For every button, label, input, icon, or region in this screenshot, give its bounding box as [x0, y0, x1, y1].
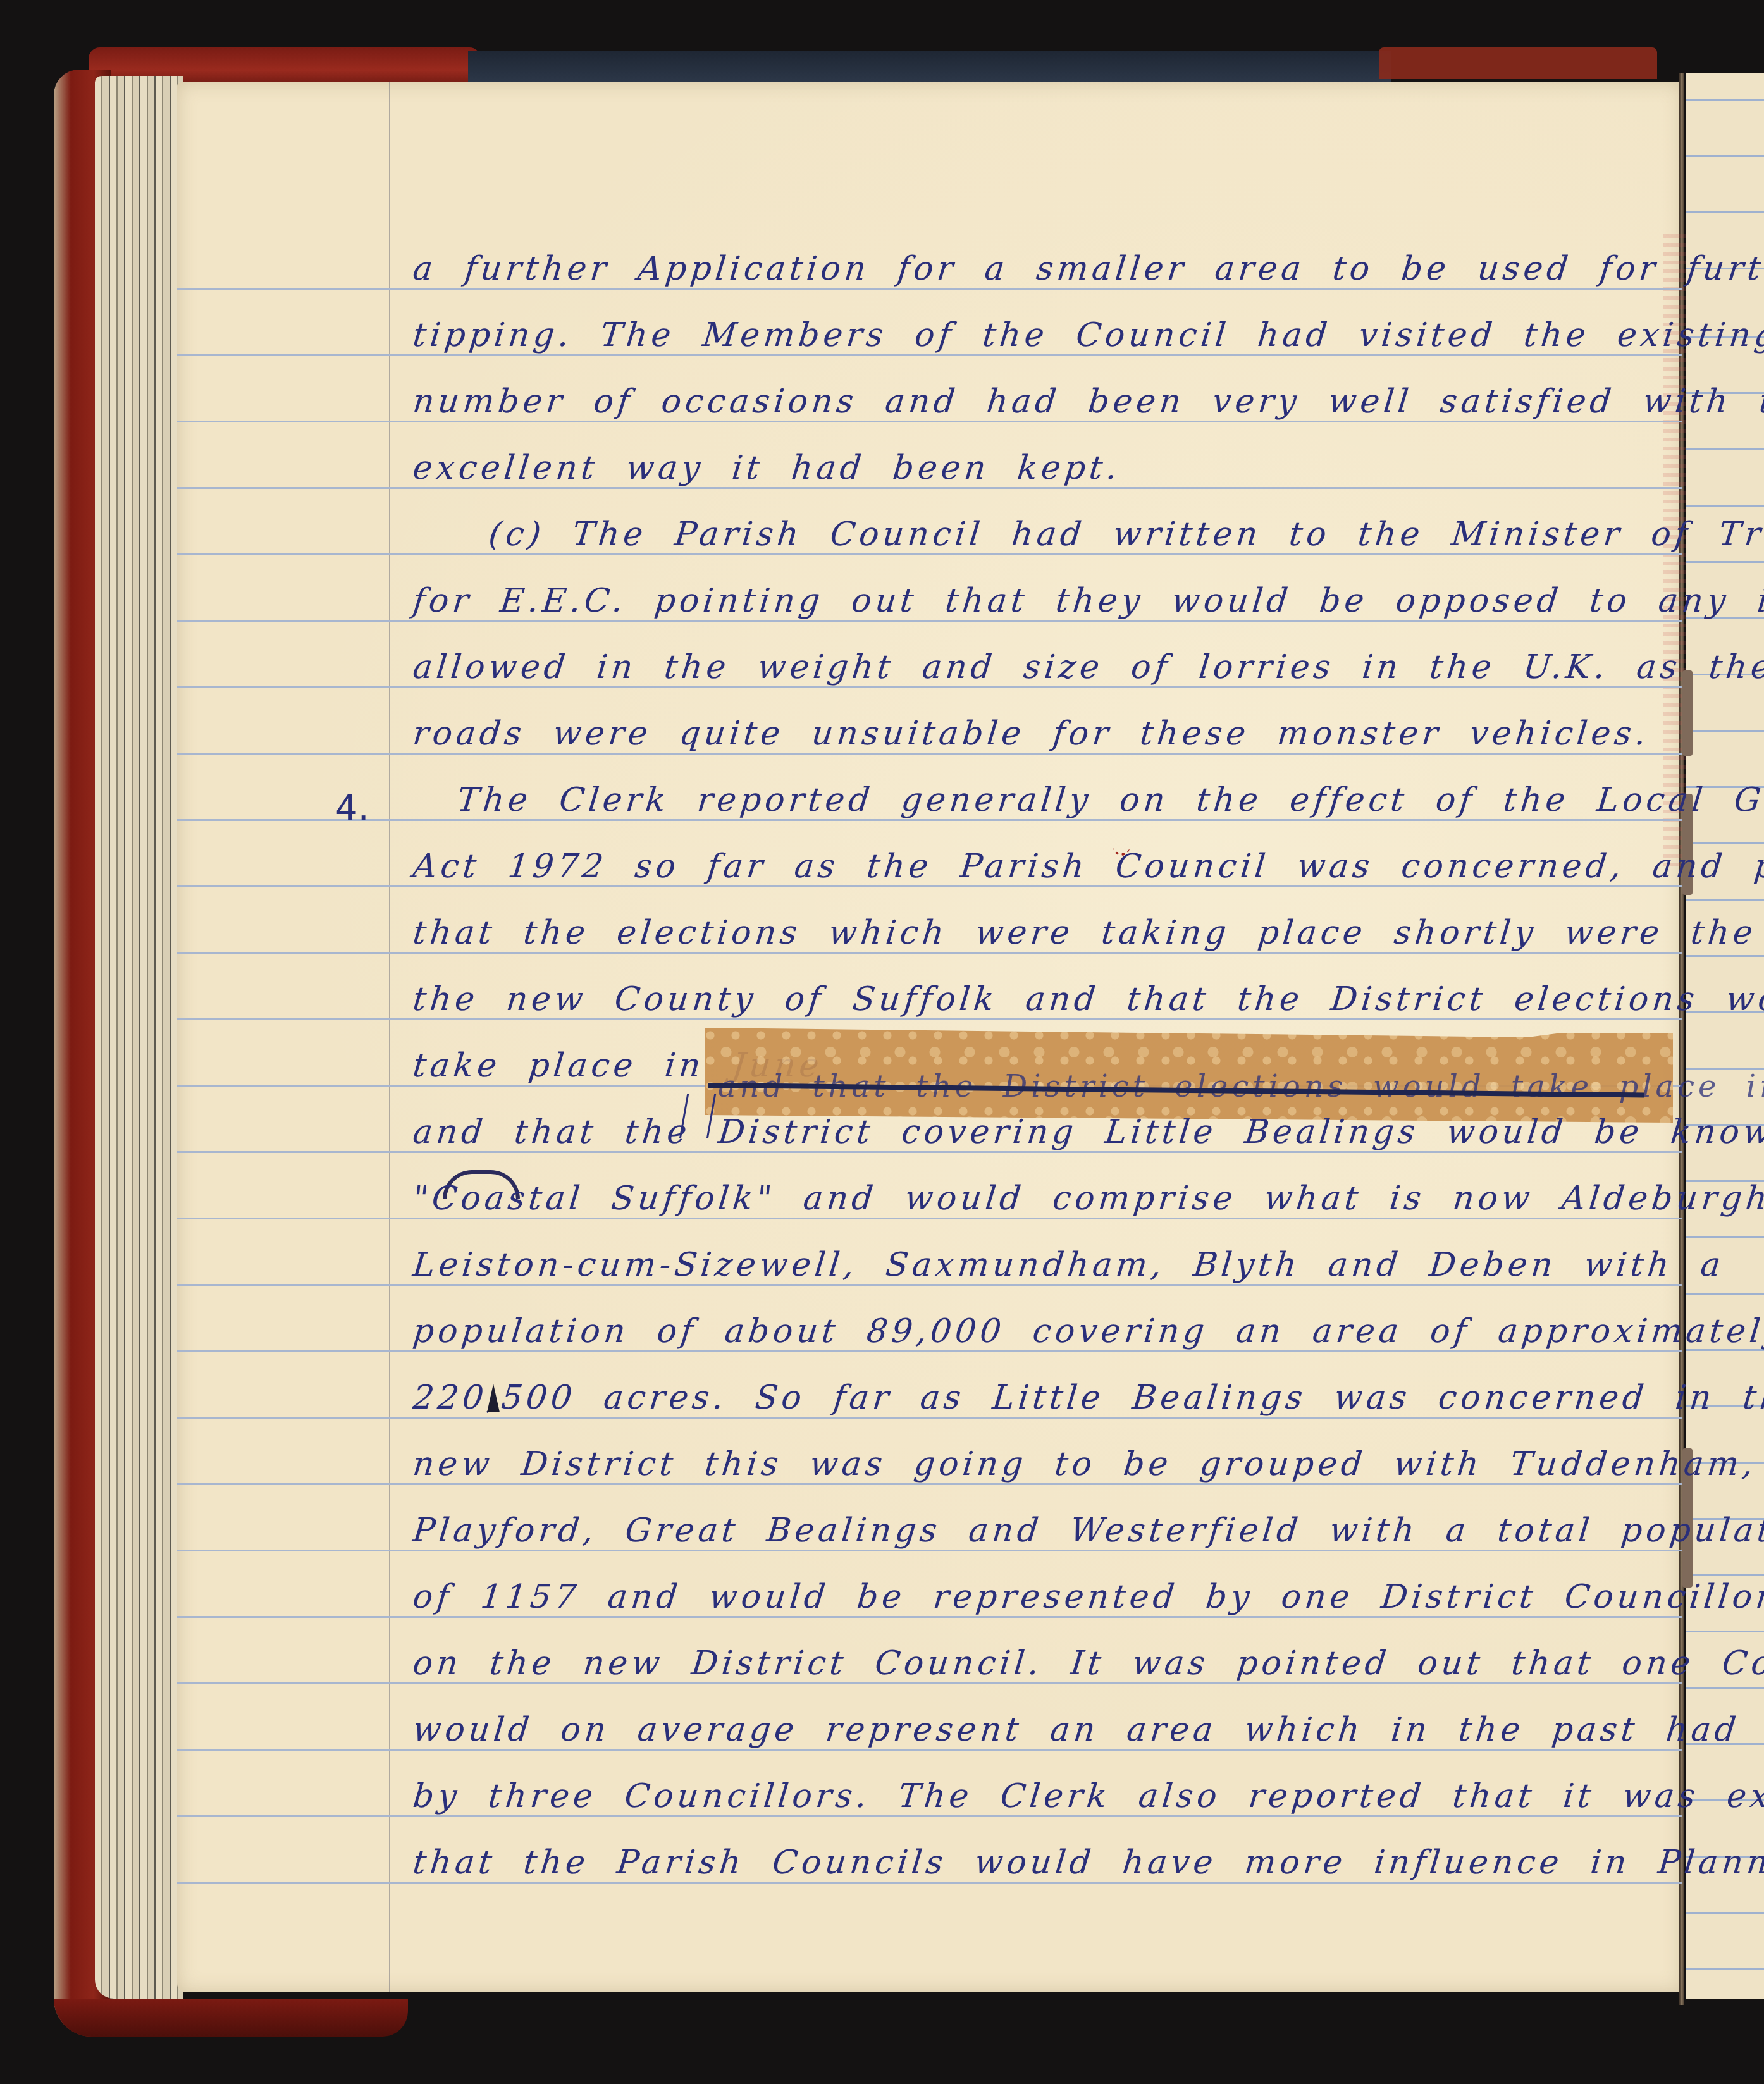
ruled-line [177, 354, 1682, 356]
handwritten-line: tipping. The Members of the Council had … [411, 316, 1667, 354]
handwritten-line: a further Application for a smaller area… [411, 250, 1667, 288]
page-margin-line [389, 82, 390, 1992]
handwritten-line: 220,500 acres. So far as Little Bealings… [411, 1379, 1667, 1417]
ruled-line [177, 1749, 1682, 1751]
ruled-line [177, 686, 1682, 688]
handwritten-line: Leiston-cum-Sizewell, Saxmundham, Blyth … [411, 1246, 1667, 1284]
handwritten-line: number of occasions and had been very we… [411, 383, 1667, 421]
handwritten-line: excellent way it had been kept. [411, 449, 1667, 487]
ruled-line [177, 1616, 1682, 1618]
handwritten-line: Playford, Great Bealings and Westerfield… [411, 1512, 1667, 1550]
cover-top-spine [468, 51, 1391, 82]
ruled-line [177, 421, 1682, 422]
ruled-line [177, 885, 1682, 887]
handwritten-line: the new County of Suffolk and that the D… [411, 980, 1667, 1018]
comma-insert-arrow-icon [487, 1384, 500, 1412]
cover-top-right-edge [1379, 47, 1657, 79]
ruled-line [177, 487, 1682, 489]
ruled-line [177, 620, 1682, 622]
cover-bottom-edge [54, 1999, 408, 2037]
ruled-line [177, 1284, 1682, 1286]
ruled-line [177, 1018, 1682, 1020]
ruled-line [177, 288, 1682, 290]
ruled-line [177, 1151, 1682, 1153]
ruled-line [177, 952, 1682, 954]
ruled-line [177, 1417, 1682, 1419]
ruled-line [177, 1218, 1682, 1219]
ruled-line [177, 819, 1682, 821]
handwritten-line: "Coastal Suffolk" and would comprise wha… [411, 1180, 1667, 1218]
ruled-line [177, 753, 1682, 755]
handwritten-line: for E.E.C. pointing out that they would … [411, 582, 1667, 620]
ruled-line [177, 1483, 1682, 1485]
handwritten-line: take place in June [411, 1047, 700, 1085]
page-stack-edges [95, 76, 183, 1999]
handwritten-line: and that the District covering Little Be… [411, 1113, 1667, 1151]
handwritten-line: allowed in the weight and size of lorrie… [411, 648, 1667, 686]
handwritten-line: new District this was going to be groupe… [411, 1445, 1667, 1483]
ruled-line [177, 553, 1682, 555]
ruled-line [177, 1350, 1682, 1352]
handwritten-line: The Clerk reported generally on the effe… [455, 781, 1712, 819]
handwritten-line: Act 1972 so far as the Parish Council wa… [411, 848, 1667, 885]
handwritten-line: on the new District Council. It was poin… [411, 1644, 1667, 1682]
handwritten-line: by three Councillors. The Clerk also rep… [411, 1777, 1667, 1815]
ruled-line [177, 1882, 1682, 1884]
handwritten-line: population of about 89,000 covering an a… [411, 1312, 1667, 1350]
handwritten-line: roads were quite unsuitable for these mo… [411, 715, 1667, 753]
facing-page-edge [1686, 73, 1764, 1999]
ruled-line [177, 1682, 1682, 1684]
handwritten-line: that the Parish Councils would have more… [411, 1844, 1667, 1882]
item-number: 4. [335, 787, 369, 829]
handwritten-line: of 1157 and would be represented by one … [411, 1578, 1667, 1616]
handwritten-line: would on average represent an area which… [411, 1711, 1667, 1749]
handwritten-line: that the elections which were taking pla… [411, 914, 1667, 952]
ruled-line [177, 1550, 1682, 1551]
handwritten-line: (c) The Parish Council had written to th… [487, 515, 1743, 553]
ruled-line [177, 1815, 1682, 1817]
